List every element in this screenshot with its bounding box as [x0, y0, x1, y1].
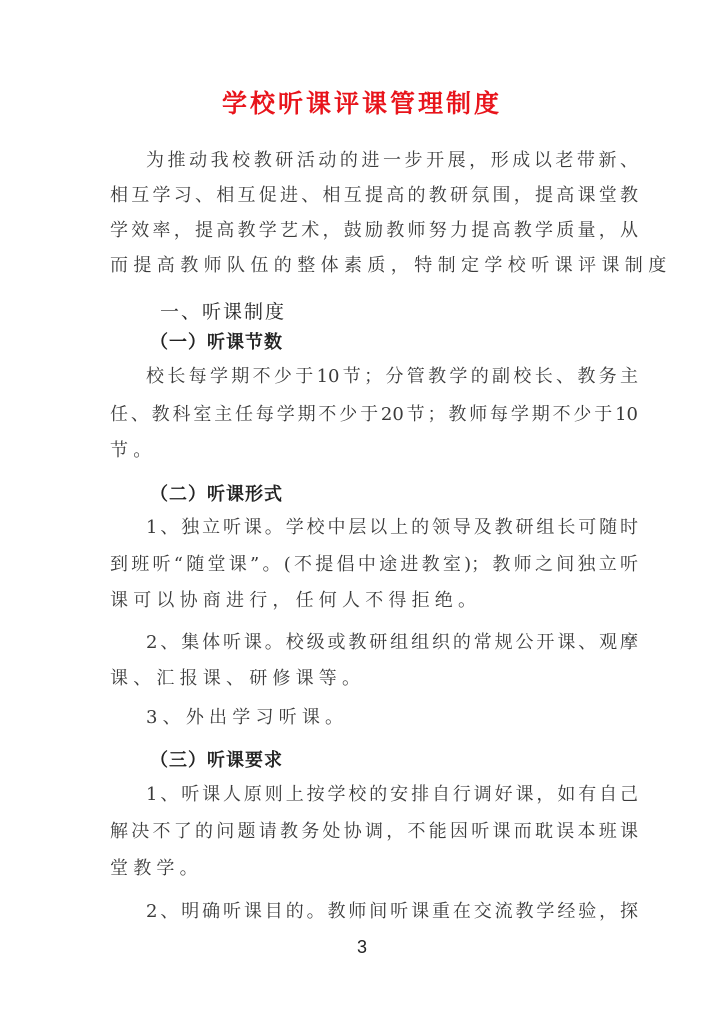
body-line: 3、外出学习听课。 [146, 705, 638, 731]
body-line: 2、集体听课。校级或教研组组织的常规公开课、观摩 [146, 630, 638, 656]
intro-line-1: 为推动我校教研活动的进一步开展，形成以老带新、 [146, 148, 638, 174]
subsection-heading-1: （一）听课节数 [150, 330, 283, 356]
body-line: 解决不了的问题请教务处协调，不能因听课而耽误本班课 [110, 819, 638, 845]
body-line: 校长每学期不少于10节；分管教学的副校长、教务主 [146, 364, 638, 390]
body-line: 1、独立听课。学校中层以上的领导及教研组长可随时 [146, 515, 638, 541]
document-page: 学校听课评课管理制度 为推动我校教研活动的进一步开展，形成以老带新、 相互学习、… [0, 0, 724, 1024]
intro-line-3: 学效率，提高教学艺术，鼓励教师努力提高教学质量，从 [110, 218, 638, 244]
subsection-heading-3: （三）听课要求 [150, 748, 283, 774]
page-number: 3 [0, 937, 724, 958]
body-line: 课可以协商进行，任何人不得拒绝。 [110, 588, 638, 614]
body-line: 节。 [110, 438, 638, 464]
body-line: 2、明确听课目的。教师间听课重在交流教学经验，探 [146, 899, 638, 925]
body-line: 1、听课人原则上按学校的安排自行调好课，如有自己 [146, 782, 638, 808]
intro-line-4: 而提高教师队伍的整体素质，特制定学校听课评课制度 [110, 253, 638, 279]
body-line: 任、教科室主任每学期不少于20节；教师每学期不少于10 [110, 402, 638, 428]
body-line: 堂教学。 [110, 856, 638, 882]
body-line: 到班听“随堂课”。(不提倡中途进教室)；教师之间独立听 [110, 552, 638, 578]
body-line: 课、汇报课、研修课等。 [110, 666, 638, 692]
section-heading-1: 一、听课制度 [160, 298, 286, 326]
intro-line-2: 相互学习、相互促进、相互提高的教研氛围，提高课堂教 [110, 183, 638, 209]
document-title: 学校听课评课管理制度 [0, 86, 724, 122]
subsection-heading-2: （二）听课形式 [150, 482, 283, 508]
